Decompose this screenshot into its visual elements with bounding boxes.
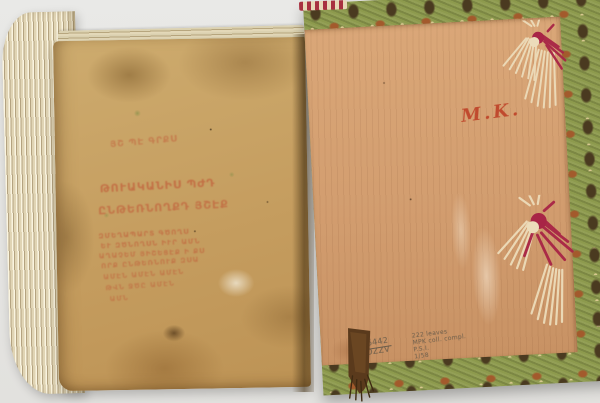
brocade-covered-board: M.K. 6442 OZZV 222 leaves MPK coll. comp…: [303, 0, 600, 395]
red-script: ՅՇ ՊԷ ԳՐՔՍԹՈՒԱԿԱՆԻՍ ՊԺԴԸՆԹԵՌՆՈՂՔԴ ՅՇԷՔԶՄ…: [53, 37, 311, 391]
red-script-line: ԹՈՒԱԿԱՆԻՍ ՊԺԴ: [99, 176, 215, 195]
tassel-lower-icon: [485, 192, 597, 345]
photo-of-open-manuscript: ՅՇ ՊԷ ԳՐՔՍԹՈՒԱԿԱՆԻՍ ՊԺԴԸՆԹԵՌՆՈՂՔԴ ՅՇԷՔԶՄ…: [0, 0, 600, 403]
red-script-line: ԹՎՆ ՋԾԸ ԱՄԷՆ: [105, 280, 175, 293]
tassel-upper-icon: [487, 18, 583, 135]
leather-tail-icon: [336, 324, 384, 402]
red-script-line: ԸՆԹԵՌՆՈՂՔԴ ՅՇԷՔ: [98, 198, 229, 218]
red-script-line: ԱՄՆ: [109, 294, 129, 303]
parchment-flyleaf-page: ՅՇ ՊԷ ԳՐՔՍԹՈՒԱԿԱՆԻՍ ՊԺԴԸՆԹԵՌՆՈՂՔԴ ՅՇԷՔԶՄ…: [53, 37, 311, 391]
red-script-line: ՅՇ ՊԷ ԳՐՔՍ: [110, 134, 179, 150]
endband: [299, 0, 347, 11]
pencil-note: 222 leaves MPK coll. compl. P.S.I. 1/58: [411, 326, 468, 360]
